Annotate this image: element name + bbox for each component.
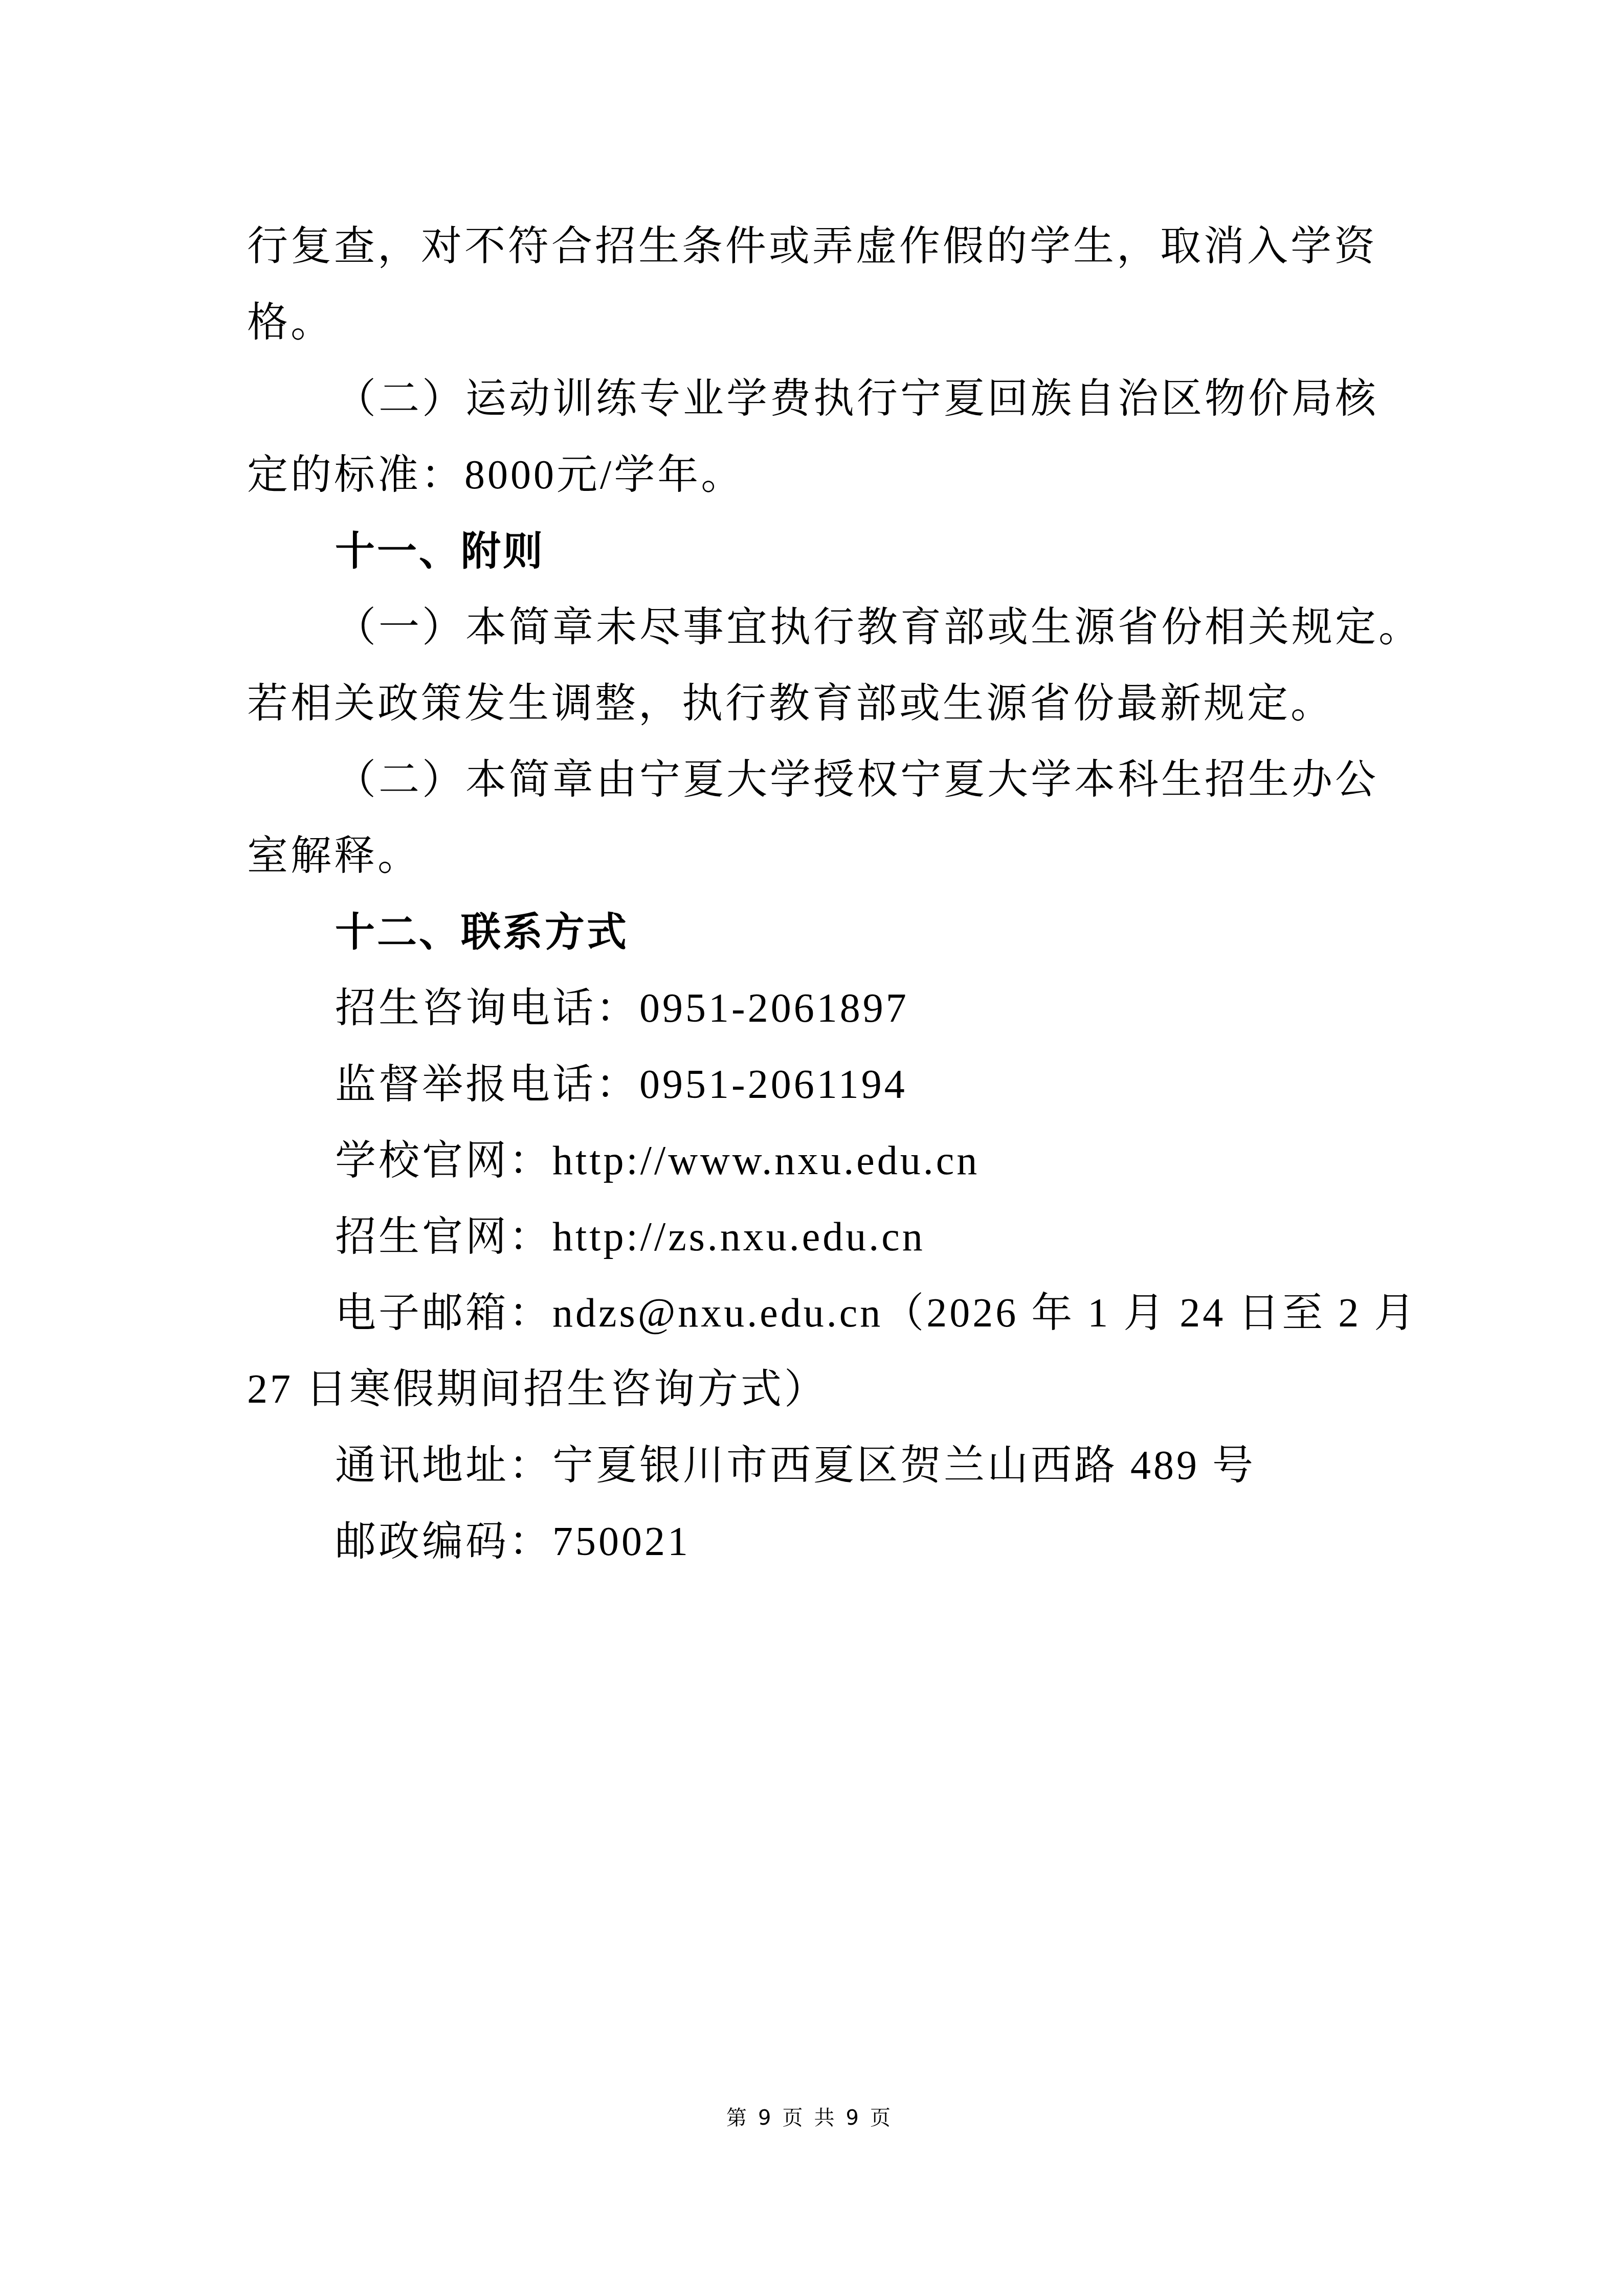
appendix-item-2-line: （二）本简章由宁夏大学授权宁夏大学本科生招生办公 [247, 742, 1383, 818]
footer-total-pages: 9 [846, 2106, 866, 2130]
appendix-item-2-line: 室解释。 [247, 818, 1383, 894]
appendix-item-1-line: （一）本简章未尽事宜执行教育部或生源省份相关规定。 [247, 590, 1383, 666]
document-page: 行复查，对不符合招生条件或弄虚作假的学生，取消入学资 格。 （二）运动训练专业学… [0, 0, 1624, 2296]
section-heading-appendix: 十一、附则 [247, 513, 1383, 590]
tuition-paragraph-line: 定的标准：8000元/学年。 [247, 437, 1383, 513]
contact-supervision-phone: 监督举报电话：0951-2061194 [247, 1047, 1383, 1123]
section-heading-contact: 十二、联系方式 [247, 894, 1383, 971]
appendix-item-1-line: 若相关政策发生调整，执行教育部或生源省份最新规定。 [247, 666, 1383, 742]
footer-total-prefix: 共 [814, 2106, 842, 2130]
paragraph-line: 行复查，对不符合招生条件或弄虚作假的学生，取消入学资 [247, 209, 1383, 285]
footer-page-word: 页 [783, 2106, 810, 2130]
contact-email[interactable]: 电子邮箱：ndzs@nxu.edu.cn（2026 年 1 月 24 日至 2 … [247, 1275, 1383, 1352]
footer-current-page: 9 [758, 2106, 778, 2130]
document-body: 行复查，对不符合招生条件或弄虚作假的学生，取消入学资 格。 （二）运动训练专业学… [247, 209, 1383, 1580]
page-footer: 第9页共9页 [0, 2102, 1624, 2131]
contact-admission-website[interactable]: 招生官网：http://zs.nxu.edu.cn [247, 1199, 1383, 1275]
contact-postcode: 邮政编码：750021 [247, 1504, 1383, 1580]
contact-address: 通讯地址：宁夏银川市西夏区贺兰山西路 489 号 [247, 1428, 1383, 1504]
contact-admission-phone: 招生咨询电话：0951-2061897 [247, 971, 1383, 1047]
footer-total-word: 页 [870, 2106, 898, 2130]
paragraph-line: 格。 [247, 285, 1383, 361]
tuition-paragraph-line: （二）运动训练专业学费执行宁夏回族自治区物价局核 [247, 361, 1383, 437]
contact-school-website[interactable]: 学校官网：http://www.nxu.edu.cn [247, 1123, 1383, 1199]
footer-prefix: 第 [726, 2106, 754, 2130]
contact-email-note: 27 日寒假期间招生咨询方式） [247, 1352, 1383, 1428]
